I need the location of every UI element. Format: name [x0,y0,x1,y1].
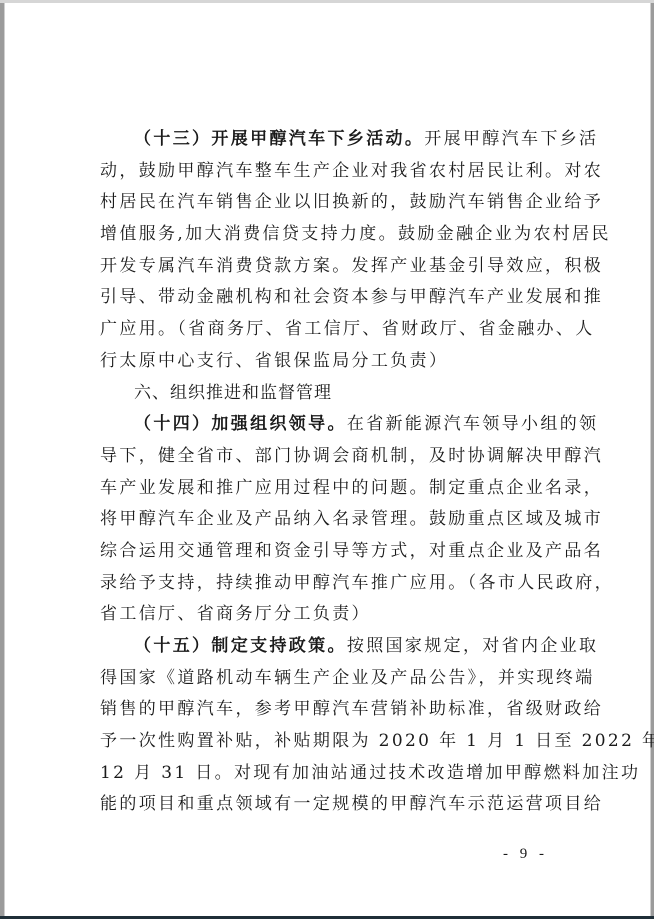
paragraph-line: 增值服务,加大消费信贷支持力度。鼓励金融企业为农村居民 [100,219,556,251]
paragraph-title: （十四）加强组织领导。 [134,414,347,434]
paragraph-line: 开发专属汽车消费贷款方案。发挥产业基金引导效应，积极 [100,251,556,283]
paragraph-line: 将甲醇汽车企业及产品纳入名录管理。鼓励重点区域及城市 [100,504,556,536]
paragraph-title: （十五）制定支持政策。 [134,636,347,656]
paragraph-line: 录给予支持，持续推动甲醇汽车推广应用。（各市人民政府， [100,568,556,600]
paragraph-line: （十五）制定支持政策。按照国家规定，对省内企业取 [100,631,556,663]
page-number: - 9 - [503,846,548,863]
paragraph-line: 销售的甲醇汽车，参考甲醇汽车营销补助标准，省级财政给 [100,694,556,726]
paragraph-line: 省工信厅、省商务厅分工负责） [100,599,556,631]
paragraph-section-13: （十三）开展甲醇汽车下乡活动。开展甲醇汽车下乡活 动，鼓励甲醇汽车整车生产企业对… [100,124,556,378]
page-left-edge [4,3,5,917]
document-page: （十三）开展甲醇汽车下乡活动。开展甲醇汽车下乡活 动，鼓励甲醇汽车整车生产企业对… [100,124,556,821]
paragraph-section-14: （十四）加强组织领导。在省新能源汽车领导小组的领 导下，健全省市、部门协调会商机… [100,409,556,631]
paragraph-line: 导下，健全省市、部门协调会商机制，及时协调解决甲醇汽 [100,441,556,473]
section-heading: 六、组织推进和监督管理 [100,378,556,410]
paragraph-line: 车产业发展和推广应用过程中的问题。制定重点企业名录， [100,473,556,505]
paragraph-line: 予一次性购置补贴，补贴期限为 2020 年 1 月 1 日至 2022 年 [100,726,556,758]
paragraph-line: 综合运用交通管理和资金引导等方式，对重点企业及产品名 [100,536,556,568]
page-right-edge [650,3,651,917]
paragraph-line: （十三）开展甲醇汽车下乡活动。开展甲醇汽车下乡活 [100,124,556,156]
paragraph-line: 广应用。（省商务厅、省工信厅、省财政厅、省金融办、人 [100,314,556,346]
paragraph-line: 能的项目和重点领域有一定规模的甲醇汽车示范运营项目给 [100,789,556,821]
paragraph-title: （十三）开展甲醇汽车下乡活动。 [134,129,424,149]
paragraph-line: 行太原中心支行、省银保监局分工负责） [100,346,556,378]
paragraph-line: 得国家《道路机动车辆生产企业及产品公告》，并实现终端 [100,663,556,695]
paragraph-line: （十四）加强组织领导。在省新能源汽车领导小组的领 [100,409,556,441]
paragraph-line: 动，鼓励甲醇汽车整车生产企业对我省农村居民让利。对农 [100,156,556,188]
paragraph-line: 12 月 31 日。对现有加油站通过技术改造增加甲醇燃料加注功 [100,758,556,790]
paragraph-line: 村居民在汽车销售企业以旧换新的，鼓励汽车销售企业给予 [100,187,556,219]
window-top-border [0,0,654,3]
paragraph-line: 引导、带动金融机构和社会资本参与甲醇汽车产业发展和推 [100,282,556,314]
paragraph-section-15: （十五）制定支持政策。按照国家规定，对省内企业取 得国家《道路机动车辆生产企业及… [100,631,556,821]
